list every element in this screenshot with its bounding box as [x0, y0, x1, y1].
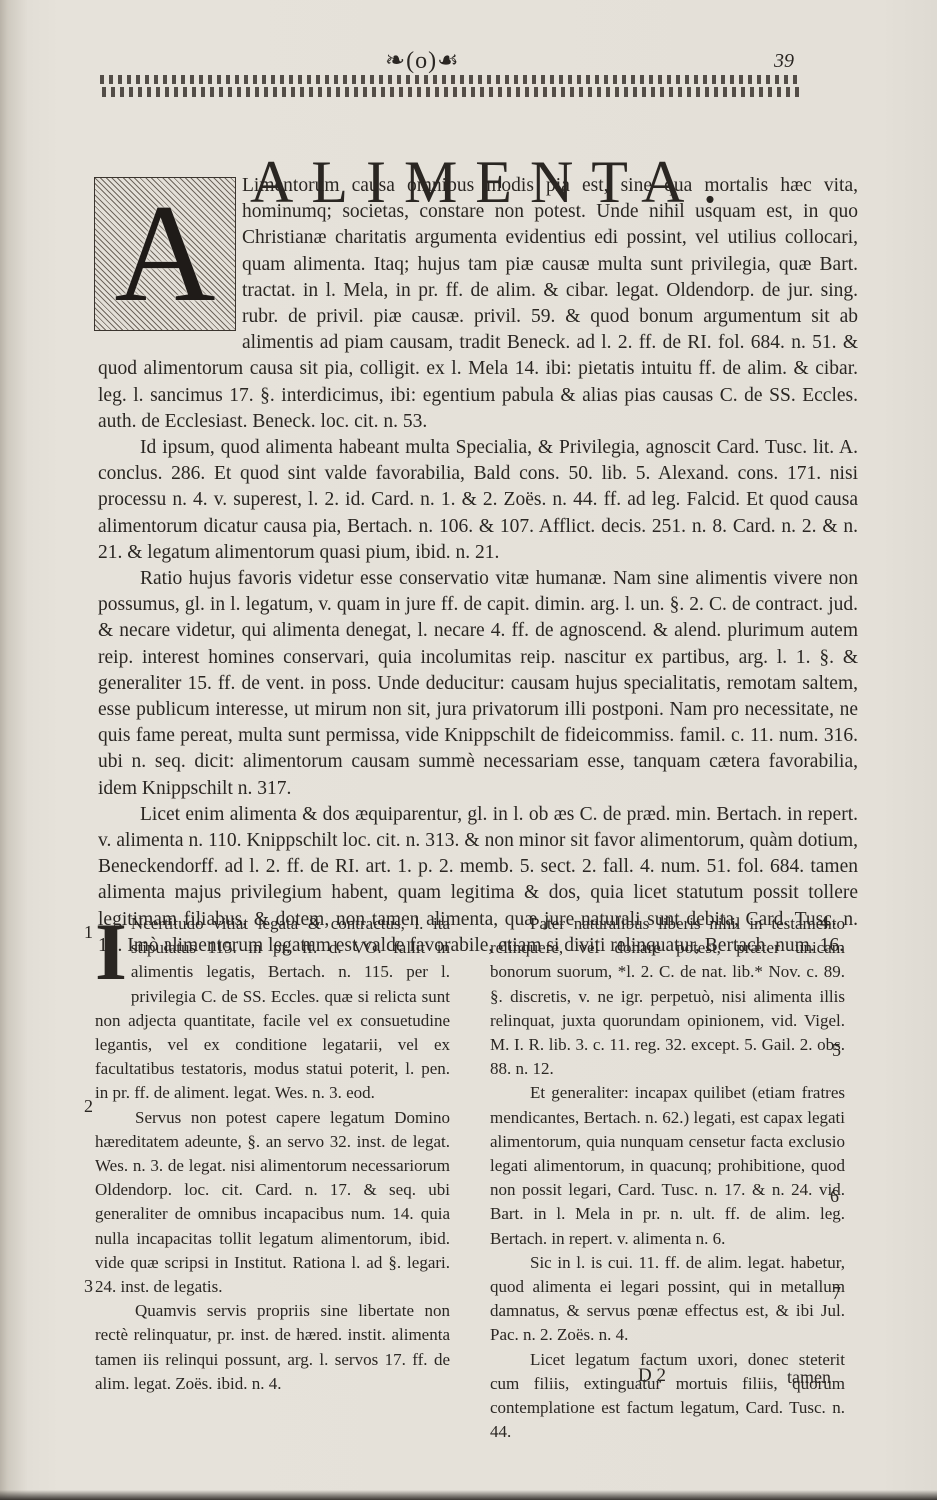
page-edge-shadow [0, 1490, 937, 1500]
paragraph-1: A Limentorum causa omnibus modis pia est… [98, 173, 858, 435]
ornamental-initial-icon: A [94, 177, 236, 331]
paragraph-2: Id ipsum, quod alimenta habeant multa Sp… [98, 435, 858, 566]
paragraph-text: Ncertitudo vitiat legata & contractus, l… [95, 914, 450, 1102]
numbered-paragraph-3: Quamvis servis propriis sine libertate n… [95, 1299, 450, 1396]
right-column: Pater naturalibus liberis nihil in testa… [490, 912, 845, 1444]
margin-number-3: 3 [84, 1276, 93, 1297]
paragraph-3: Ratio hujus favoris videtur esse conserv… [98, 566, 858, 802]
numbered-paragraph-7: Licet legatum factum uxori, donec steter… [490, 1348, 845, 1445]
signature-mark: D 2 [638, 1365, 666, 1387]
margin-number-6: 6 [830, 1186, 839, 1207]
decorative-border-band [100, 75, 800, 103]
margin-number-5: 5 [832, 1040, 841, 1061]
catchword: tamen [787, 1367, 831, 1388]
page-number: 39 [774, 50, 794, 73]
header-ornament: ❧(o)☙ [385, 46, 460, 75]
numbered-paragraph-2: Servus non potest capere legatum Domino … [95, 1106, 450, 1300]
book-page: ❧(o)☙ 39 ALIMENTA. A Limentorum causa om… [0, 0, 937, 1500]
numbered-paragraph-4: Pater naturalibus liberis nihil in testa… [490, 912, 845, 1081]
numbered-paragraph-5: Et generaliter: incapax quilibet (etiam … [490, 1081, 845, 1250]
margin-number-4: 4 [820, 912, 829, 933]
numbered-paragraph-6: Sic in l. is cui. 11. ff. de alim. legat… [490, 1251, 845, 1348]
left-column: I Ncertitudo vitiat legata & contractus,… [95, 912, 450, 1396]
numbered-paragraph-1: I Ncertitudo vitiat legata & contractus,… [95, 912, 450, 1106]
margin-number-7: 7 [832, 1283, 841, 1304]
margin-number-1: 1 [84, 922, 93, 943]
initial-letter-icon: I [95, 916, 127, 988]
margin-number-2: 2 [84, 1096, 93, 1117]
main-text-block: A Limentorum causa omnibus modis pia est… [98, 173, 858, 959]
